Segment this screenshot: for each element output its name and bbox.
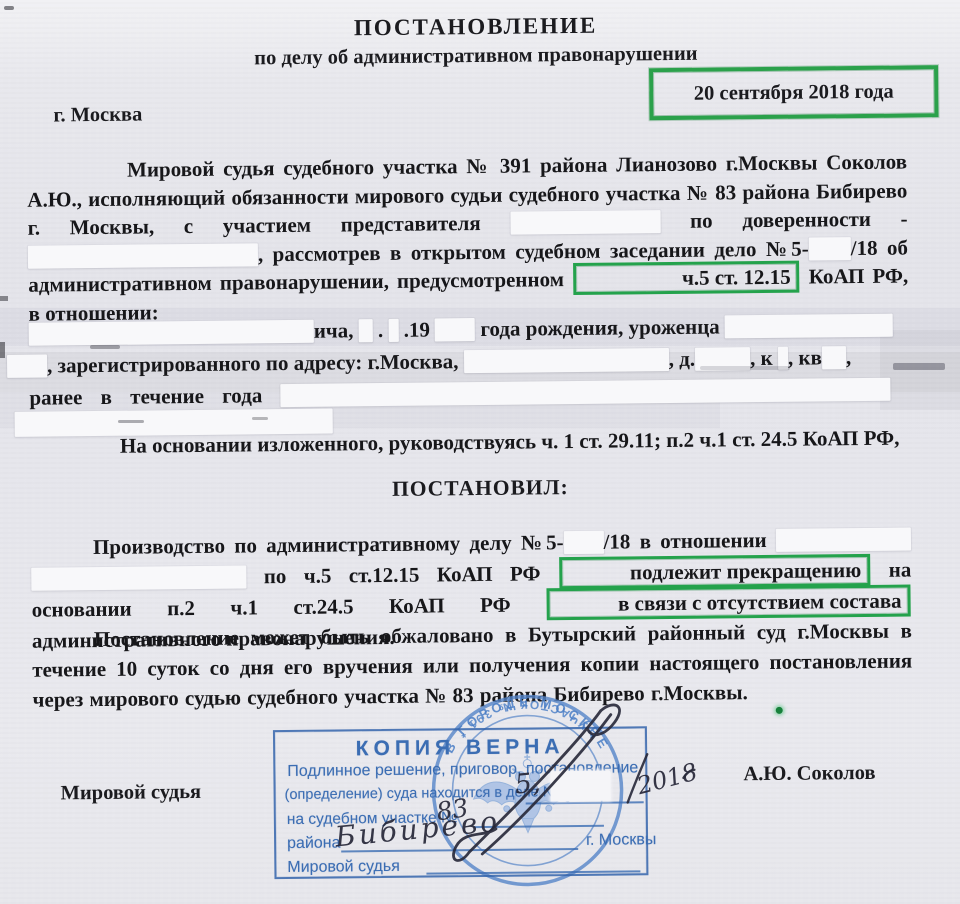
redaction-box [695, 347, 750, 371]
redaction-box [778, 347, 788, 370]
redaction-box [29, 320, 314, 346]
redaction-box [725, 314, 893, 339]
document-content: ПОСТАНОВЛЕНИЕ по делу об административно… [0, 0, 960, 904]
person-details-line-3: ранее в течение года [29, 377, 890, 411]
redaction-box [809, 237, 851, 260]
person-details-line-2: , зарегистрированного по адресу: г.Москв… [7, 345, 851, 379]
redaction-box [31, 565, 246, 590]
green-highlight-box: подлежит прекращению [559, 554, 871, 589]
resolved-heading: ПОСТАНОВИЛ: [0, 471, 960, 506]
redaction-box [776, 527, 911, 551]
city-label: г. Москва [53, 104, 142, 128]
handwriting-layer: 5, 2018 83 Бибирево [242, 678, 704, 904]
judge-name: А.Ю. Соколов [743, 762, 875, 786]
document-title: ПОСТАНОВЛЕНИЕ [0, 9, 956, 45]
paragraph-intro: Мировой судья судебного участка № 391 ра… [27, 148, 909, 328]
green-highlight-box: ч.5 ст. 12.15 [573, 261, 800, 295]
redaction-box [510, 210, 660, 235]
redaction-box [464, 348, 669, 373]
date-highlight-box: 20 сентября 2018 года [649, 65, 939, 120]
redaction-box [388, 319, 398, 342]
document-date: 20 сентября 2018 года [694, 80, 894, 105]
redaction-box [28, 243, 258, 268]
redaction-box [435, 318, 475, 341]
handwritten-case-number: 5, [513, 767, 542, 800]
redaction-box [280, 378, 890, 407]
redaction-box [7, 355, 47, 378]
judge-label: Мировой судья [60, 781, 201, 805]
person-details-text: ранее в течение года [29, 383, 262, 409]
green-dot-mark [776, 707, 783, 714]
green-highlight-box: в связи с отсутствием состава [547, 585, 911, 621]
redaction-box [359, 319, 373, 342]
scanned-document: ПОСТАНОВЛЕНИЕ по делу об административно… [0, 0, 960, 904]
redaction-box [822, 346, 846, 369]
redaction-box [563, 531, 603, 554]
